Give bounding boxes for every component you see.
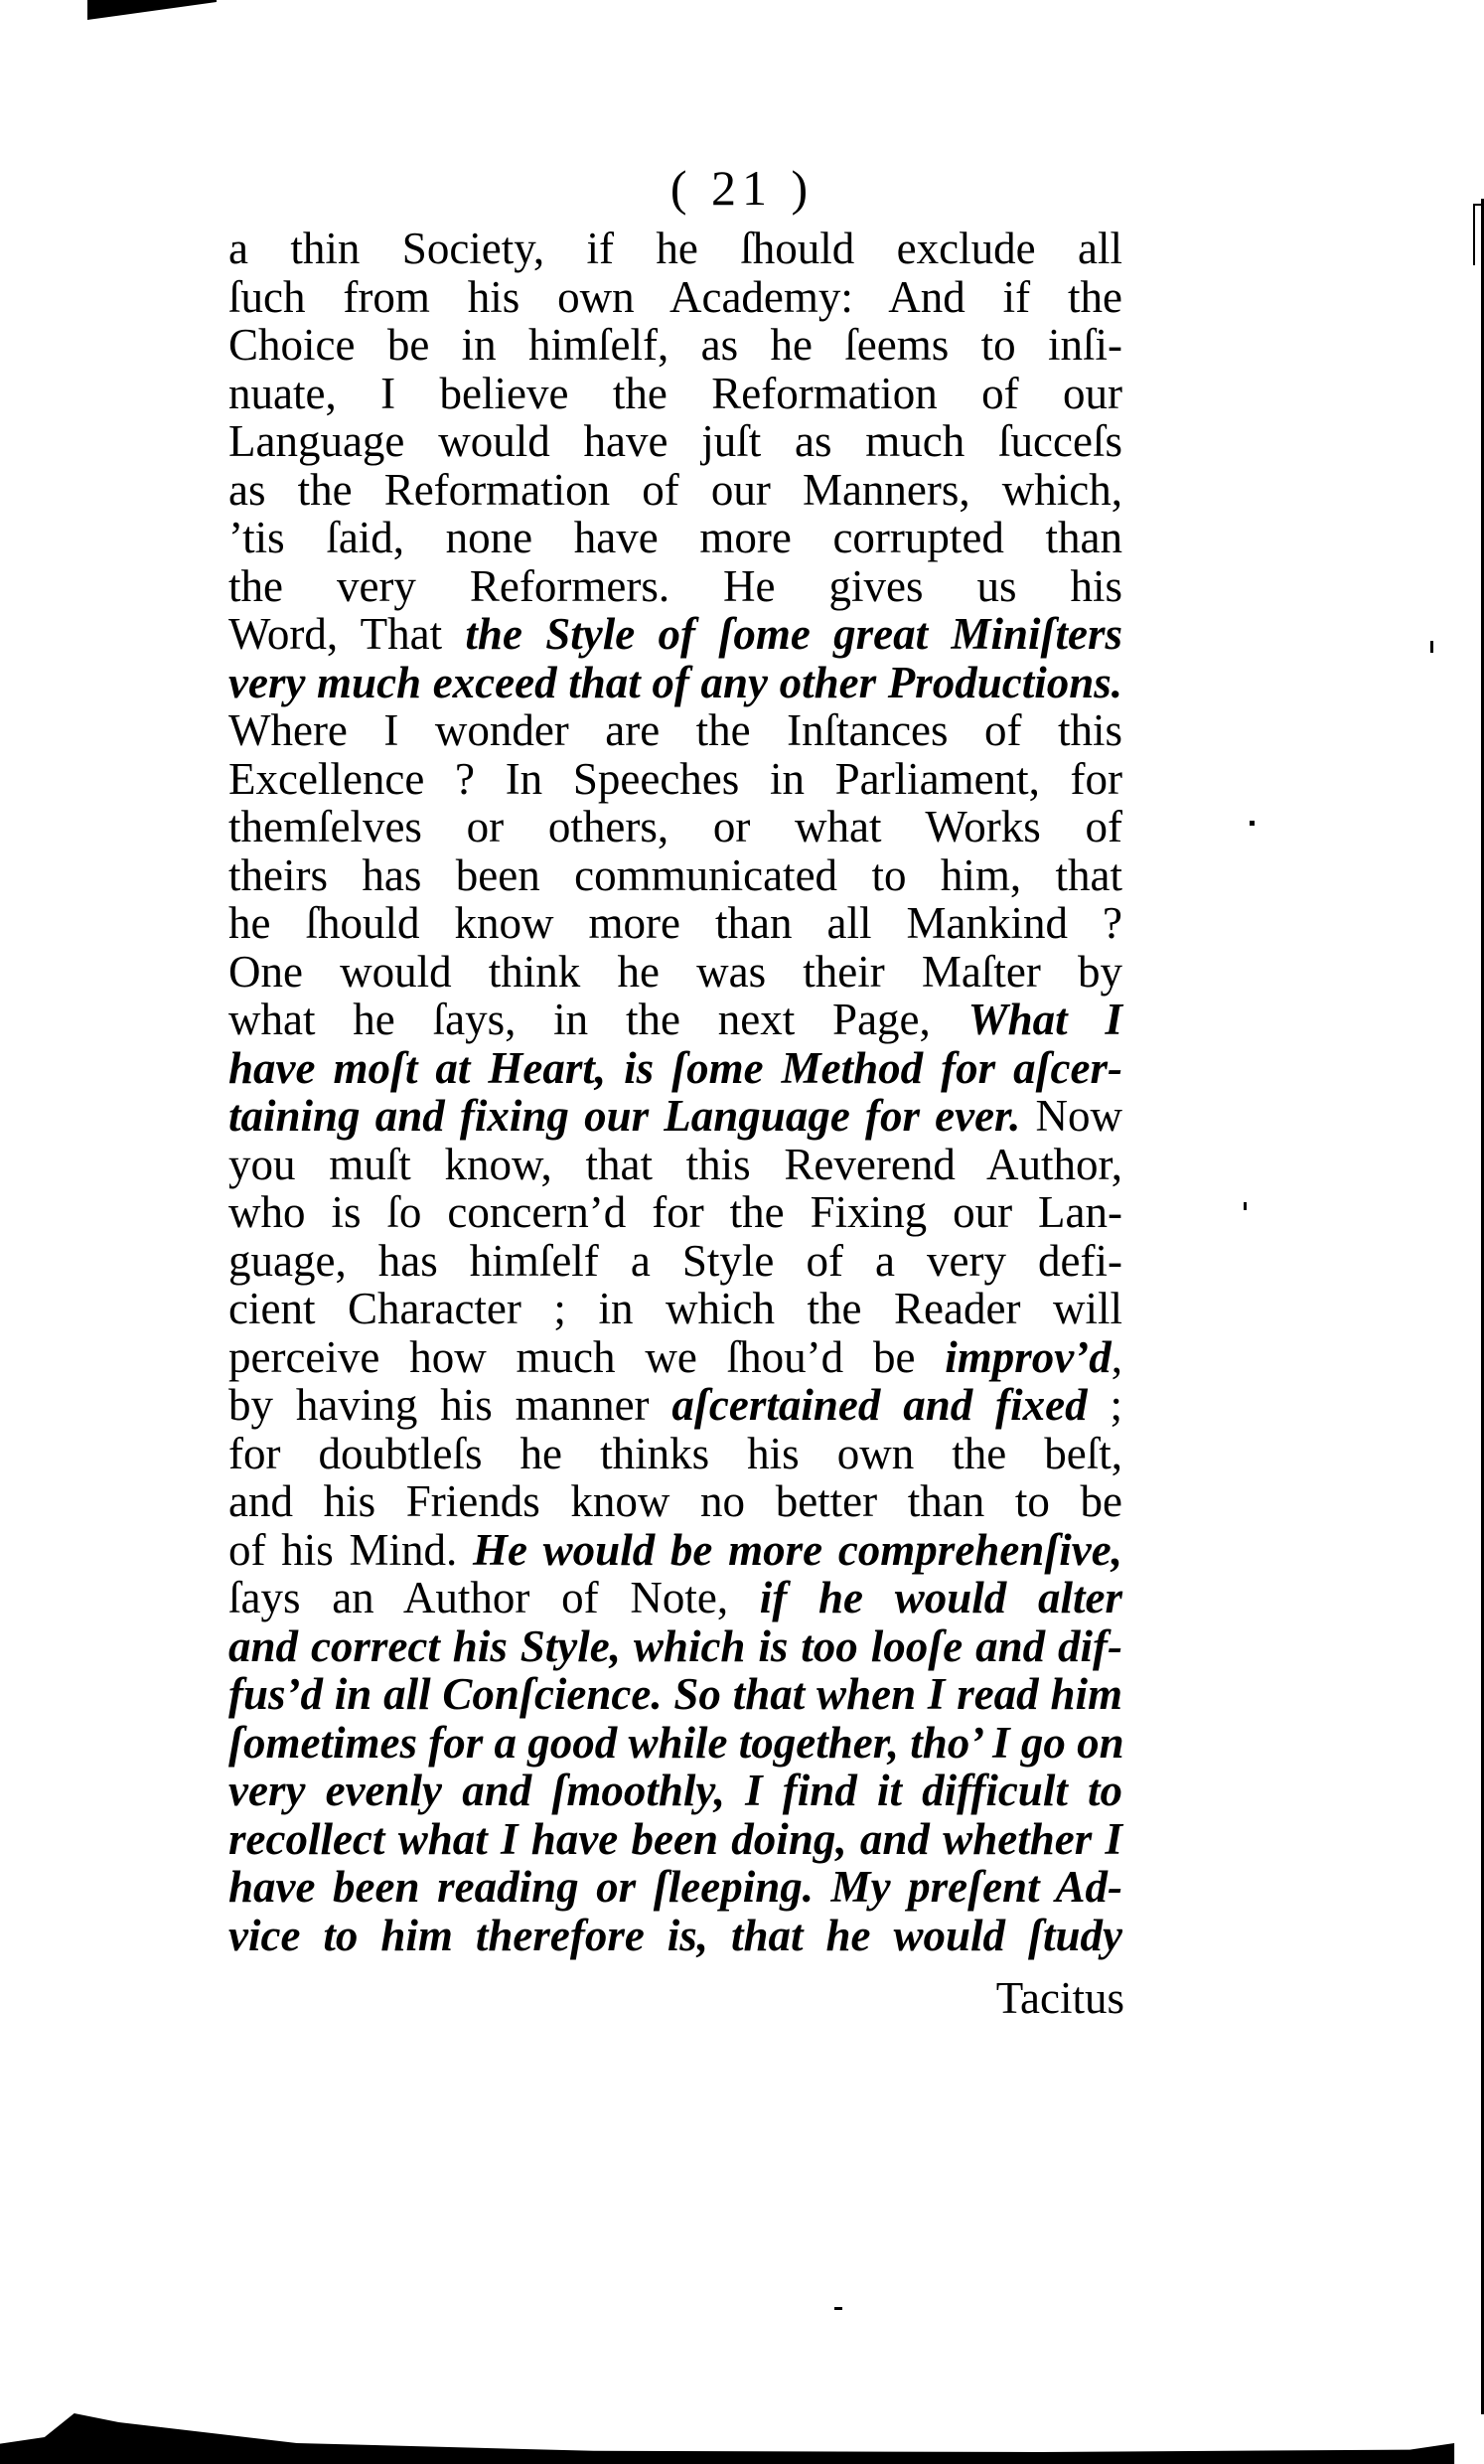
italic-run: aſcertained and fixed <box>671 1380 1087 1430</box>
text-line: vice to him therefore is, that he would … <box>228 1912 1122 1960</box>
text-line: he ſhould know more than all Mankind ? <box>228 899 1122 948</box>
roman-run: ’tis ſaid, none have more corrupted than <box>228 513 1122 562</box>
scan-speck <box>1430 641 1433 653</box>
text-line: have been reading or ſleeping. My preſen… <box>228 1863 1122 1912</box>
roman-run: Word, That <box>228 609 465 659</box>
roman-run: Now <box>1020 1091 1122 1141</box>
italic-run: very much exceed that of any other Produ… <box>228 658 1122 707</box>
text-line: ſuch from his own Academy: And if the <box>228 273 1122 322</box>
text-line: fus’d in all Conſcience. So that when I … <box>228 1670 1122 1719</box>
text-line: Excellence ? In Speeches in Parliament, … <box>228 755 1122 804</box>
text-line: the very Reformers. He gives us his <box>228 562 1122 611</box>
text-line: ſometimes for a good while together, tho… <box>228 1719 1122 1768</box>
text-line: very much exceed that of any other Produ… <box>228 659 1122 707</box>
text-line: nuate, I believe the Reformation of our <box>228 370 1122 418</box>
italic-run: recollect what I have been doing, and wh… <box>228 1814 1122 1864</box>
text-line: guage, has himſelf a Style of a very def… <box>228 1237 1122 1286</box>
roman-run: of his Mind. <box>228 1525 473 1575</box>
text-line: very evenly and ſmoothly, I find it diff… <box>228 1767 1122 1815</box>
roman-run: Choice be in himſelf, as he ſeems to inſ… <box>228 320 1122 370</box>
roman-run: nuate, I believe the Reformation of our <box>228 369 1122 418</box>
text-line: of his Mind. He would be more comprehenſ… <box>228 1526 1122 1575</box>
roman-run: cient Character ; in which the Reader wi… <box>228 1284 1122 1333</box>
text-line: themſelves or others, or what Works of <box>228 803 1122 851</box>
text-line: as the Reformation of our Manners, which… <box>228 466 1122 515</box>
text-line: recollect what I have been doing, and wh… <box>228 1815 1122 1864</box>
roman-run: , <box>1112 1332 1122 1382</box>
text-line: who is ſo concern’d for the Fixing our L… <box>228 1188 1122 1237</box>
text-line: and his Friends know no better than to b… <box>228 1477 1122 1526</box>
text-line: Word, That the Style of ſome great Miniſ… <box>228 610 1122 659</box>
roman-run: who is ſo concern’d for the Fixing our L… <box>228 1187 1122 1237</box>
scan-speck <box>1244 1202 1247 1210</box>
roman-run: what he ſays, in the next Page, <box>228 995 968 1044</box>
roman-run: you muſt know, that this Reverend Author… <box>228 1140 1122 1189</box>
roman-run: guage, has himſelf a Style of a very def… <box>228 1236 1122 1286</box>
text-line: ſays an Author of Note, if he would alte… <box>228 1574 1122 1622</box>
catchword: Tacitus <box>894 1972 1124 2024</box>
roman-run: ſuch from his own Academy: And if the <box>228 272 1122 322</box>
scan-speck <box>834 2307 842 2310</box>
text-line: you muſt know, that this Reverend Author… <box>228 1141 1122 1189</box>
roman-run: One would think he was their Maſter by <box>228 947 1122 997</box>
text-line: Language would have juſt as much ſucceſs <box>228 417 1122 466</box>
italic-run: ſometimes for a good while together, tho… <box>228 1718 1124 1768</box>
roman-run: perceive how much we ſhou’d be <box>228 1332 945 1382</box>
text-line: a thin Society, if he ſhould exclude all <box>228 225 1122 273</box>
roman-run: the very Reformers. He gives us his <box>228 561 1122 611</box>
text-line: One would think he was their Maſter by <box>228 948 1122 997</box>
roman-run: Language would have juſt as much ſucceſs <box>228 416 1122 466</box>
text-line: taining and fixing our Language for ever… <box>228 1092 1122 1141</box>
text-line: by having his manner aſcertained and fix… <box>228 1381 1122 1430</box>
roman-run: and his Friends know no better than to b… <box>228 1476 1122 1526</box>
italic-run: fus’d in all Conſcience. So that when I … <box>228 1669 1122 1719</box>
scan-speck <box>1250 821 1255 826</box>
roman-run: Where I wonder are the Inſtances of this <box>228 705 1122 755</box>
text-line: Where I wonder are the Inſtances of this <box>228 706 1122 755</box>
page-number: ( 21 ) <box>0 159 1484 217</box>
roman-run: a thin Society, if he ſhould exclude all <box>228 224 1122 273</box>
scan-edge-top <box>87 0 217 20</box>
italic-run: vice to him therefore is, that he would … <box>228 1911 1122 1960</box>
roman-run: themſelves or others, or what Works of <box>228 802 1122 851</box>
italic-run: and correct his Style, which is too looſ… <box>228 1621 1122 1671</box>
italic-run: have been reading or ſleeping. My preſen… <box>228 1862 1122 1912</box>
text-line: have moſt at Heart, is ſome Method for a… <box>228 1044 1122 1093</box>
text-line: Choice be in himſelf, as he ſeems to inſ… <box>228 321 1122 370</box>
roman-run: ; <box>1088 1380 1122 1430</box>
italic-run: He would be more comprehenſive, <box>473 1525 1122 1575</box>
text-line: ’tis ſaid, none have more corrupted than <box>228 514 1122 562</box>
scan-edge-bottom <box>0 2404 1484 2464</box>
italic-run: the Style of ſome great Miniſters <box>465 609 1122 659</box>
roman-run: ſays an Author of Note, <box>228 1573 760 1622</box>
italic-run: very evenly and ſmoothly, I find it diff… <box>228 1766 1122 1815</box>
text-line: cient Character ; in which the Reader wi… <box>228 1285 1122 1333</box>
text-line: theirs has been communicated to him, tha… <box>228 851 1122 900</box>
scanned-book-page: ( 21 ) a thin Society, if he ſhould excl… <box>0 0 1484 2464</box>
roman-run: Excellence ? In Speeches in Parliament, … <box>228 754 1122 804</box>
text-line: what he ſays, in the next Page, What I <box>228 996 1122 1044</box>
italic-run: taining and fixing our Language for ever… <box>228 1091 1020 1141</box>
text-line: for doubtleſs he thinks his own the beſt… <box>228 1430 1122 1478</box>
italic-run: if he would alter <box>760 1573 1122 1622</box>
italic-run: have moſt at Heart, is ſome Method for a… <box>228 1043 1122 1093</box>
roman-run: as the Reformation of our Manners, which… <box>228 465 1122 515</box>
text-line: perceive how much we ſhou’d be improv’d, <box>228 1333 1122 1382</box>
text-line: and correct his Style, which is too looſ… <box>228 1622 1122 1671</box>
italic-run: What I <box>968 995 1122 1044</box>
body-text: a thin Society, if he ſhould exclude all… <box>228 225 1122 1959</box>
italic-run: improv’d <box>945 1332 1111 1382</box>
roman-run: he ſhould know more than all Mankind ? <box>228 898 1122 948</box>
roman-run: by having his manner <box>228 1380 671 1430</box>
roman-run: for doubtleſs he thinks his own the beſt… <box>228 1429 1122 1478</box>
roman-run: theirs has been communicated to him, tha… <box>228 850 1122 900</box>
